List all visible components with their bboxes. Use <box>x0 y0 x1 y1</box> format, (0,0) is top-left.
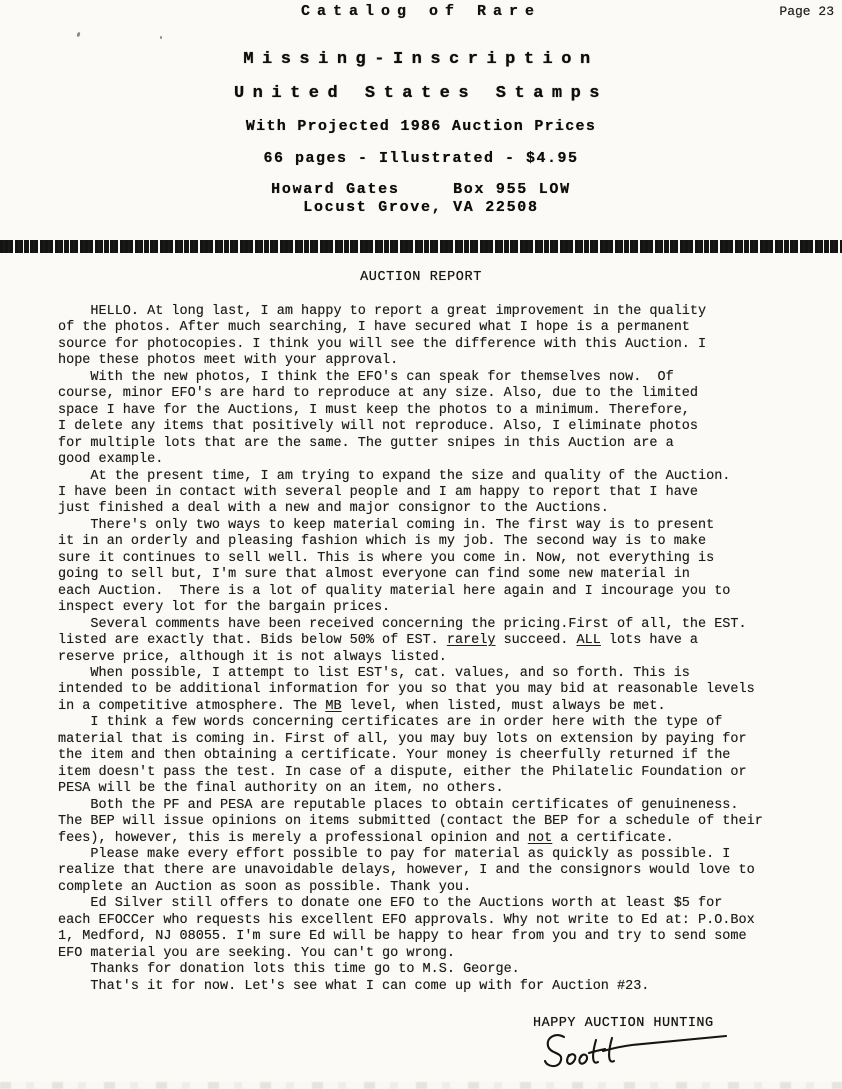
scan-speck <box>160 36 162 39</box>
report-paragraph: At the present time, I am trying to expa… <box>58 469 784 518</box>
scan-edge-smudge <box>0 1082 842 1089</box>
report-paragraph: HELLO. At long last, I am happy to repor… <box>58 304 784 370</box>
report-paragraph: Ed Silver still offers to donate one EFO… <box>58 896 784 962</box>
scan-speck <box>76 32 81 38</box>
ad-title-line2: United States Stamps <box>0 84 842 103</box>
report-body: HELLO. At long last, I am happy to repor… <box>58 304 784 995</box>
ad-subtitle: With Projected 1986 Auction Prices <box>0 118 842 135</box>
ad-title-line1: Missing-Inscription <box>0 50 842 69</box>
catalog-title: Catalog of Rare <box>0 3 842 20</box>
ad-contact-name-box: Howard Gates Box 955 LOW <box>0 181 842 198</box>
ad-details: 66 pages - Illustrated - $4.95 <box>0 150 842 167</box>
report-paragraph: Thanks for donation lots this time go to… <box>58 962 784 978</box>
report-paragraph: There's only two ways to keep material c… <box>58 518 784 617</box>
dashed-divider-bar <box>0 240 842 253</box>
report-paragraph: Please make every effort possible to pay… <box>58 847 784 896</box>
report-paragraph: That's it for now. Let's see what I can … <box>58 979 784 995</box>
report-paragraph: When possible, I attempt to list EST's, … <box>58 666 784 715</box>
report-paragraph: Several comments have been received conc… <box>58 617 784 666</box>
report-heading: AUCTION REPORT <box>0 270 842 285</box>
report-paragraph: Both the PF and PESA are reputable place… <box>58 798 784 847</box>
report-paragraph: With the new photos, I think the EFO's c… <box>58 370 784 469</box>
scanned-catalog-page: Catalog of Rare Page 23 Missing-Inscript… <box>0 0 842 1089</box>
report-paragraph: I think a few words concerning certifica… <box>58 715 784 797</box>
signature-scott <box>540 1028 740 1072</box>
ad-contact-city: Locust Grove, VA 22508 <box>0 199 842 216</box>
page-number: Page 23 <box>779 4 834 19</box>
